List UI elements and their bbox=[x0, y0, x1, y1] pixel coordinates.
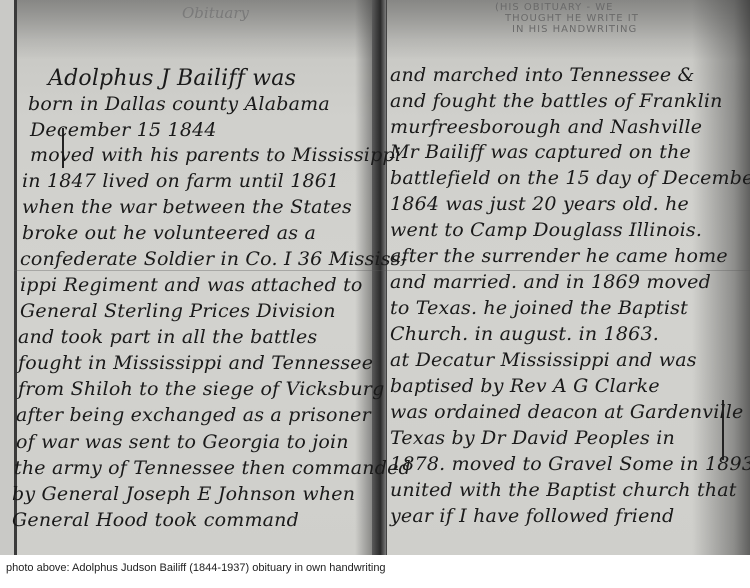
obituary-photo: Obituary (HIS OBITUARY - WE THOUGHT HE W… bbox=[0, 0, 750, 555]
left-line: December 15 1844 bbox=[30, 119, 217, 141]
right-line: murfreesborough and Nashville bbox=[390, 116, 702, 138]
left-line: confederate Soldier in Co. I 36 Mississ- bbox=[20, 248, 407, 270]
right-line: after the surrender he came home bbox=[390, 245, 728, 267]
left-line: General Sterling Prices Division bbox=[20, 300, 336, 322]
right-line: went to Camp Douglass Illinois. bbox=[390, 219, 702, 241]
left-line: fought in Mississippi and Tennessee bbox=[18, 352, 373, 374]
left-line: when the war between the States bbox=[22, 196, 352, 218]
left-line: the army of Tennessee then commanded bbox=[14, 457, 411, 479]
right-line: Mr Bailiff was captured on the bbox=[390, 141, 691, 163]
right-line: at Decatur Mississippi and was bbox=[390, 349, 697, 371]
right-line: and fought the battles of Franklin bbox=[390, 90, 723, 112]
left-line: moved with his parents to Mississippi bbox=[30, 144, 401, 166]
left-line: of war was sent to Georgia to join bbox=[16, 431, 349, 453]
right-line: 1864 was just 20 years old. he bbox=[390, 193, 689, 215]
left-line: by General Joseph E Johnson when bbox=[12, 483, 355, 505]
left-line: from Shiloh to the siege of Vicksburg bbox=[18, 378, 384, 400]
handwriting-note-line: (HIS OBITUARY - WE bbox=[495, 2, 613, 13]
obituary-heading: Obituary bbox=[182, 4, 249, 22]
left-line: General Hood took command bbox=[12, 509, 299, 531]
right-line: year if I have followed friend bbox=[390, 505, 674, 527]
right-line: battlefield on the 15 day of December bbox=[390, 167, 750, 189]
left-line: born in Dallas county Alabama bbox=[28, 93, 330, 115]
left-line: ippi Regiment and was attached to bbox=[20, 274, 363, 296]
right-line: was ordained deacon at Gardenville bbox=[390, 401, 744, 423]
right-line: and marched into Tennessee & bbox=[390, 64, 695, 86]
handwriting-note-line: IN HIS HANDWRITING bbox=[512, 24, 637, 35]
right-line: baptised by Rev A G Clarke bbox=[390, 375, 660, 397]
left-line: in 1847 lived on farm until 1861 bbox=[22, 170, 339, 192]
right-line: to Texas. he joined the Baptist bbox=[390, 297, 688, 319]
right-line: Texas by Dr David Peoples in bbox=[390, 427, 675, 449]
photo-caption: photo above: Adolphus Judson Bailiff (18… bbox=[6, 562, 386, 574]
handwriting-note-line: THOUGHT HE WRITE IT bbox=[505, 13, 639, 24]
left-line: broke out he volunteered as a bbox=[22, 222, 316, 244]
left-line: and took part in all the battles bbox=[18, 326, 317, 348]
right-line: and married. and in 1869 moved bbox=[390, 271, 711, 293]
right-line: 1878. moved to Gravel Some in 1893 bbox=[390, 453, 750, 475]
left-line: after being exchanged as a prisoner bbox=[16, 404, 371, 426]
left-line: Adolphus J Bailiff was bbox=[48, 66, 296, 91]
right-line: Church. in august. in 1863. bbox=[390, 323, 659, 345]
right-line: united with the Baptist church that bbox=[390, 479, 737, 501]
